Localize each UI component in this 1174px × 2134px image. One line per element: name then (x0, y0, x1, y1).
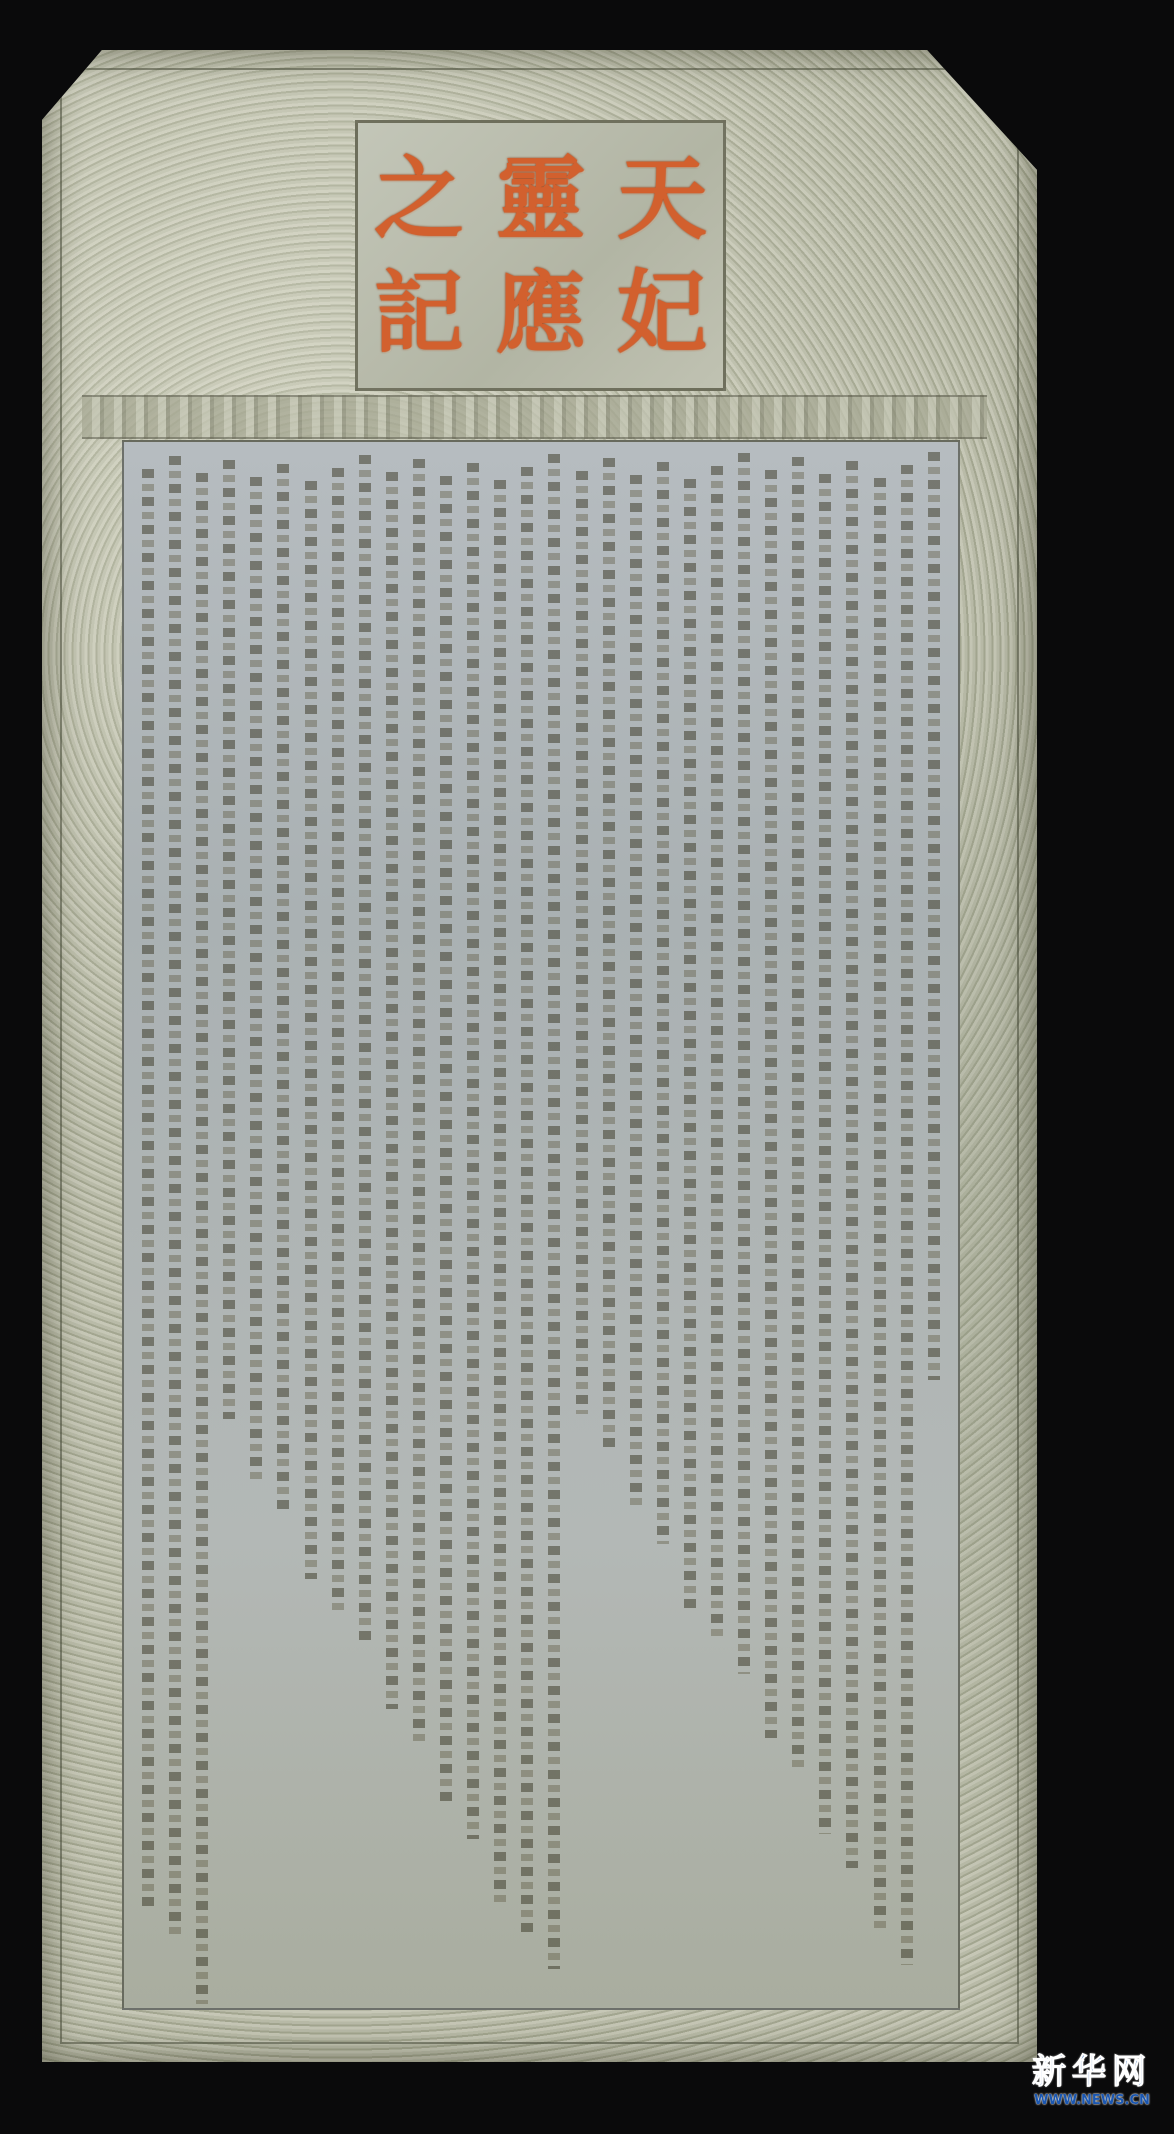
inscription-column (603, 458, 615, 1447)
title-char: 天 (617, 149, 707, 249)
inscription-column (413, 459, 425, 1742)
inscription-column (765, 470, 777, 1738)
inscription-column (874, 478, 886, 1931)
inscription-column (846, 461, 858, 1868)
inscription-column (467, 463, 479, 1839)
title-char: 記 (374, 263, 464, 363)
watermark-logo: 新华网 (1032, 2044, 1152, 2093)
stone-stele: 天 妃 靈 應 之 記 (42, 50, 1037, 2062)
inscription-column (521, 467, 533, 1936)
inscription-column (738, 453, 750, 1674)
title-column-1: 天 妃 (617, 149, 707, 363)
inscription-column (657, 462, 669, 1544)
stele-title-frame: 天 妃 靈 應 之 記 (355, 120, 726, 391)
inscription-column (305, 481, 317, 1579)
title-char: 之 (374, 149, 464, 249)
title-char: 應 (495, 263, 585, 363)
inscription-column (440, 476, 452, 1806)
title-char: 靈 (495, 149, 585, 249)
inscription-column (711, 466, 723, 1641)
inscription-column (169, 456, 181, 1940)
inscription-column (196, 473, 208, 2004)
inscription-column (819, 474, 831, 1834)
inscription-column (684, 479, 696, 1608)
inscription-column (901, 465, 913, 1965)
inscription-column (630, 475, 642, 1511)
cloud-pattern-frieze (82, 395, 987, 439)
inscription-panel (122, 440, 960, 2010)
photo-background: 天 妃 靈 應 之 記 新华网 WWW.NEWS.CN (0, 0, 1174, 2134)
inscription-column (928, 452, 940, 1380)
inscription-column (576, 471, 588, 1414)
inscription-column (548, 454, 560, 1969)
inscription-column (277, 464, 289, 1515)
inscription-column (792, 457, 804, 1771)
inscription-column (359, 455, 371, 1645)
inscription-column (223, 460, 235, 1419)
watermark-url: WWW.NEWS.CN (1032, 2093, 1152, 2108)
title-char: 妃 (617, 263, 707, 363)
inscription-column (250, 477, 262, 1482)
inscription-column (332, 468, 344, 1612)
title-column-3: 之 記 (374, 149, 464, 363)
xinhua-watermark: 新华网 WWW.NEWS.CN (1032, 2044, 1152, 2108)
inscription-column (386, 472, 398, 1709)
inscription-column (494, 480, 506, 1902)
title-column-2: 靈 應 (495, 149, 585, 363)
inscription-column (142, 469, 154, 1907)
